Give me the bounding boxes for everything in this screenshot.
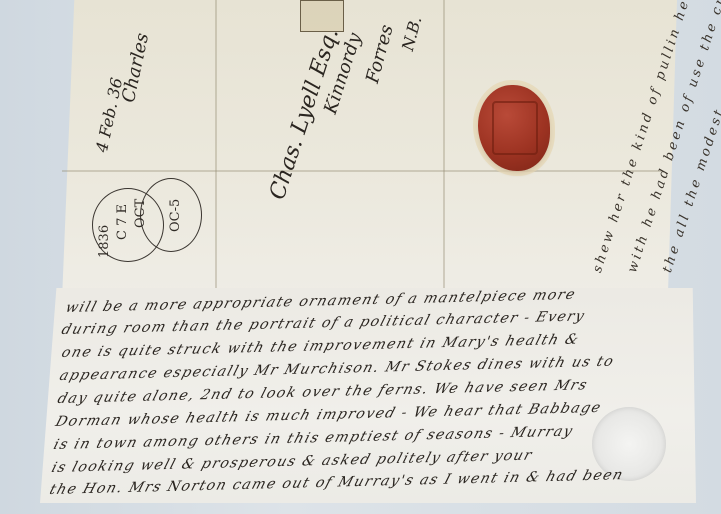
wax-seal — [478, 85, 550, 171]
fold-line — [443, 0, 445, 300]
postmark-text: 1836 — [97, 225, 112, 258]
postmark-text: C 7 E — [115, 204, 130, 240]
postmark-text: OC-5 — [168, 199, 183, 232]
fold-line — [215, 0, 217, 300]
postmark-text: OCT — [133, 199, 148, 228]
fold-line — [62, 170, 662, 172]
folded-address-sheet — [62, 0, 677, 300]
